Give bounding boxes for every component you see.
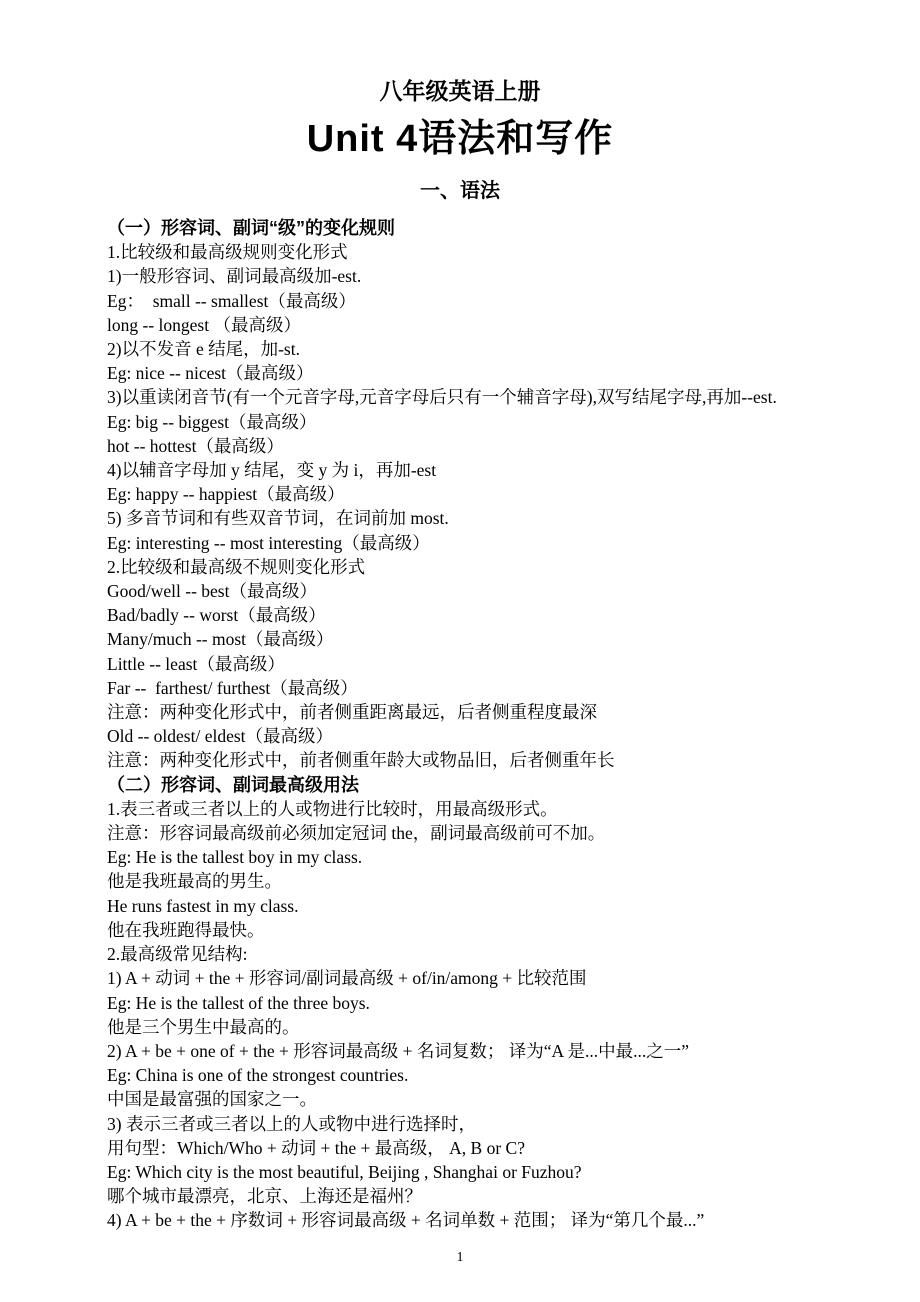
text-line: （一）形容词、副词“级”的变化规则 bbox=[107, 216, 816, 240]
page-title: Unit 4语法和写作 bbox=[0, 118, 920, 160]
text-line: 2)以不发音 e 结尾，加-st. bbox=[107, 337, 816, 361]
text-line: Eg: He is the tallest of the three boys. bbox=[107, 991, 816, 1015]
text-line: Bad/badly -- worst（最高级） bbox=[107, 603, 816, 627]
text-line: 2) A + be + one of + the + 形容词最高级 + 名词复数… bbox=[107, 1039, 816, 1063]
text-line: 1.比较级和最高级规则变化形式 bbox=[107, 240, 816, 264]
text-line: 中国是最富强的国家之一。 bbox=[107, 1087, 816, 1111]
text-line: Many/much -- most（最高级） bbox=[107, 627, 816, 651]
text-line: Far -- farthest/ furthest（最高级） bbox=[107, 676, 816, 700]
text-line: 5) 多音节词和有些双音节词，在词前加 most. bbox=[107, 506, 816, 530]
text-line: 4) A + be + the + 序数词 + 形容词最高级 + 名词单数 + … bbox=[107, 1208, 816, 1232]
text-line: Old -- oldest/ eldest（最高级） bbox=[107, 724, 816, 748]
text-line: 3)以重读闭音节(有一个元音字母,元音字母后只有一个辅音字母),双写结尾字母,再… bbox=[107, 385, 816, 409]
text-line: Eg: nice -- nicest（最高级） bbox=[107, 361, 816, 385]
text-line: 1.表三者或三者以上的人或物进行比较时，用最高级形式。 bbox=[107, 797, 816, 821]
text-line: 4)以辅音字母加 y 结尾，变 y 为 i，再加-est bbox=[107, 458, 816, 482]
text-line: Eg: He is the tallest boy in my class. bbox=[107, 845, 816, 869]
page-number: 1 bbox=[0, 1250, 920, 1266]
text-line: Good/well -- best（最高级） bbox=[107, 579, 816, 603]
text-line: Little -- least（最高级） bbox=[107, 652, 816, 676]
text-line: He runs fastest in my class. bbox=[107, 894, 816, 918]
text-line: 他是三个男生中最高的。 bbox=[107, 1015, 816, 1039]
text-line: 哪个城市最漂亮，北京、上海还是福州？ bbox=[107, 1184, 816, 1208]
document-page: 八年级英语上册 Unit 4语法和写作 一、语法 （一）形容词、副词“级”的变化… bbox=[0, 0, 920, 1302]
text-line: 2.比较级和最高级不规则变化形式 bbox=[107, 555, 816, 579]
text-line: 1)一般形容词、副词最高级加-est. bbox=[107, 264, 816, 288]
text-line: 1) A + 动词 + the + 形容词/副词最高级 + of/in/amon… bbox=[107, 966, 816, 990]
text-line: Eg: happy -- happiest（最高级） bbox=[107, 482, 816, 506]
text-line: 注意：两种变化形式中，前者侧重年龄大或物品旧，后者侧重年长 bbox=[107, 748, 816, 772]
document-header: 八年级英语上册 Unit 4语法和写作 一、语法 bbox=[0, 0, 920, 203]
text-line: 注意：形容词最高级前必须加定冠词 the，副词最高级前可不加。 bbox=[107, 821, 816, 845]
text-line: 用句型：Which/Who + 动词 + the + 最高级， A, B or … bbox=[107, 1136, 816, 1160]
section-heading-grammar: 一、语法 bbox=[0, 180, 920, 203]
text-line: 他是我班最高的男生。 bbox=[107, 869, 816, 893]
text-line: Eg: China is one of the strongest countr… bbox=[107, 1063, 816, 1087]
text-line: Eg: big -- biggest（最高级） bbox=[107, 410, 816, 434]
document-body: （一）形容词、副词“级”的变化规则1.比较级和最高级规则变化形式1)一般形容词、… bbox=[107, 216, 816, 1233]
text-line: 他在我班跑得最快。 bbox=[107, 918, 816, 942]
course-title: 八年级英语上册 bbox=[0, 78, 920, 104]
text-line: Eg: interesting -- most interesting（最高级） bbox=[107, 531, 816, 555]
text-line: 注意：两种变化形式中，前者侧重距离最远，后者侧重程度最深 bbox=[107, 700, 816, 724]
text-line: long -- longest （最高级） bbox=[107, 313, 816, 337]
text-line: 3) 表示三者或三者以上的人或物中进行选择时， bbox=[107, 1112, 816, 1136]
text-line: （二）形容词、副词最高级用法 bbox=[107, 773, 816, 797]
text-line: 2.最高级常见结构: bbox=[107, 942, 816, 966]
text-line: Eg： small -- smallest（最高级） bbox=[107, 289, 816, 313]
text-line: Eg: Which city is the most beautiful, Be… bbox=[107, 1160, 816, 1184]
text-line: hot -- hottest（最高级） bbox=[107, 434, 816, 458]
